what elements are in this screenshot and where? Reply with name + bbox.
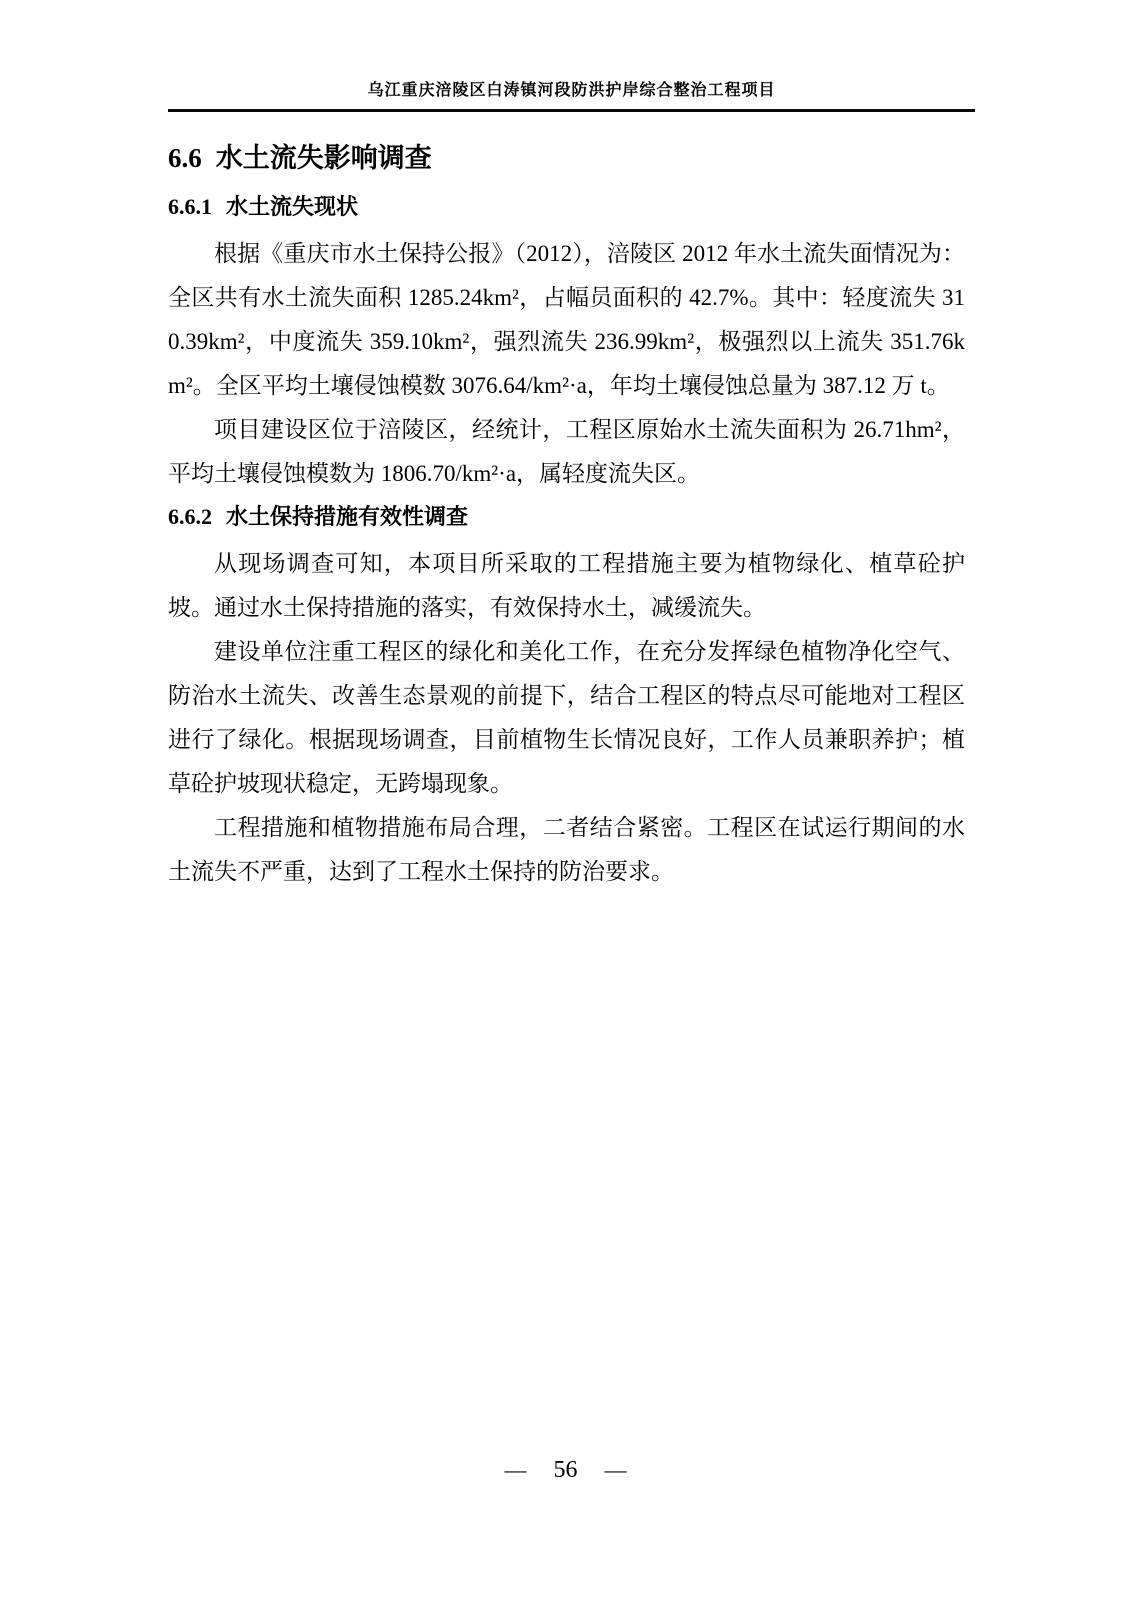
section-heading-6-6: 6.6水土流失影响调查 [168, 140, 965, 176]
section-heading-6-6-1: 6.6.1水土流失现状 [168, 192, 965, 222]
header-title: 乌江重庆涪陵区白涛镇河段防洪护岸综合整治工程项目 [168, 82, 975, 100]
section-6-6-1-title: 水土流失现状 [226, 194, 358, 219]
section-6-6-2-number: 6.6.2 [168, 504, 212, 529]
document-content: 6.6水土流失影响调查 6.6.1水土流失现状 根据《重庆市水土保持公报》（20… [168, 140, 965, 894]
section-6-6-2-title: 水土保持措施有效性调查 [226, 504, 468, 529]
document-page: 乌江重庆涪陵区白涛镇河段防洪护岸综合整治工程项目 6.6水土流失影响调查 6.6… [0, 0, 1131, 1600]
footer-dash-left: — [505, 1455, 527, 1485]
section-6-6-title: 水土流失影响调查 [216, 143, 432, 173]
paragraph-soil-loss-status-2: 项目建设区位于涪陵区，经统计，工程区原始水土流失面积为 26.71hm²，平均土… [168, 408, 965, 496]
page-header: 乌江重庆涪陵区白涛镇河段防洪护岸综合整治工程项目 [168, 0, 975, 112]
section-6-6-1-number: 6.6.1 [168, 194, 212, 219]
paragraph-measures-effectiveness-2: 建设单位注重工程区的绿化和美化工作，在充分发挥绿色植物净化空气、防治水土流失、改… [168, 630, 965, 806]
section-6-6-number: 6.6 [168, 143, 202, 173]
page-number: 56 [554, 1455, 578, 1485]
page-footer: — 56 — [0, 1455, 1131, 1485]
paragraph-soil-loss-status-1: 根据《重庆市水土保持公报》（2012），涪陵区 2012 年水土流失面情况为：全… [168, 232, 965, 408]
section-heading-6-6-2: 6.6.2水土保持措施有效性调查 [168, 502, 965, 532]
footer-dash-right: — [605, 1455, 627, 1485]
paragraph-measures-effectiveness-3: 工程措施和植物措施布局合理，二者结合紧密。工程区在试运行期间的水土流失不严重，达… [168, 806, 965, 894]
paragraph-measures-effectiveness-1: 从现场调查可知，本项目所采取的工程措施主要为植物绿化、植草砼护坡。通过水土保持措… [168, 542, 965, 630]
